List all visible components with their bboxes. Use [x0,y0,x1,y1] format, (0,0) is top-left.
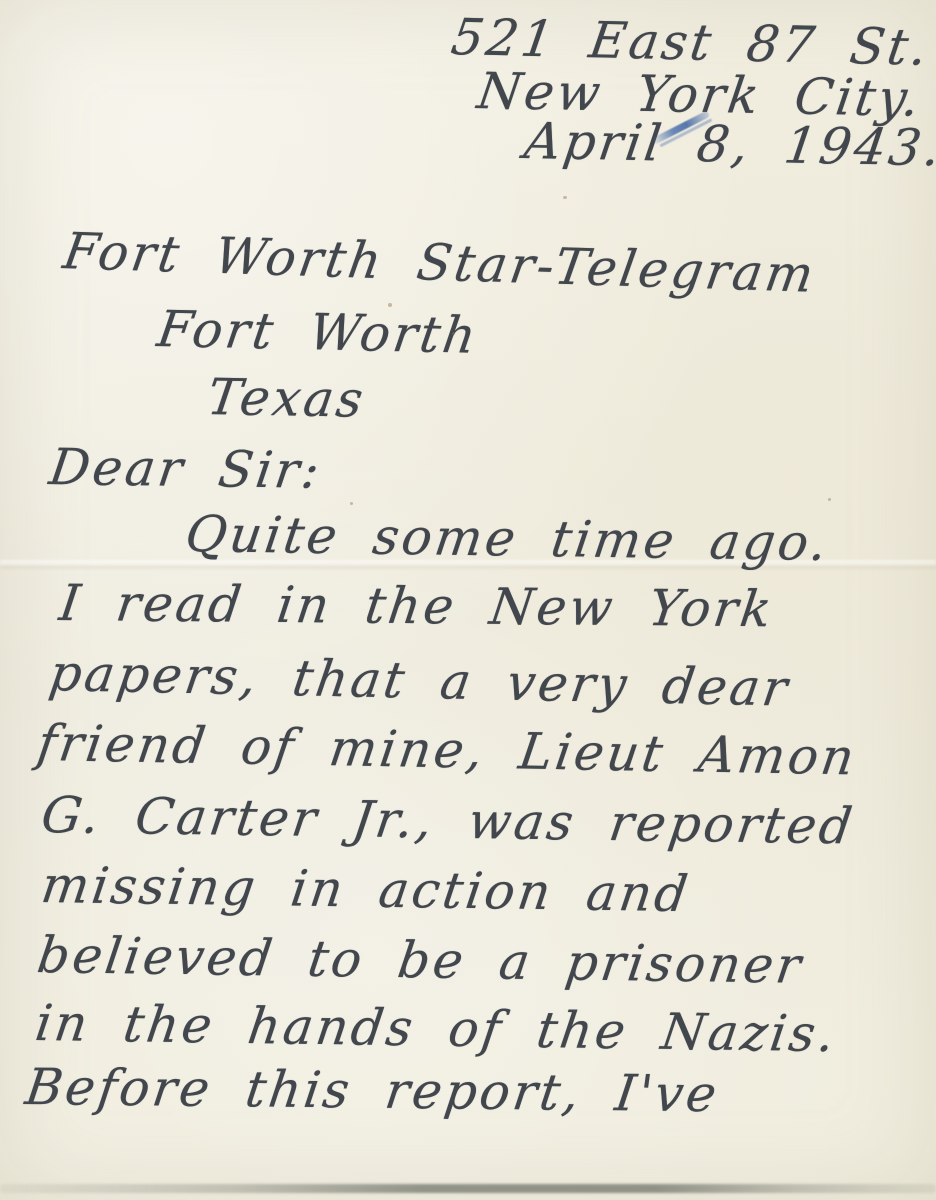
recipient-line-3: Texas [204,368,370,429]
body-line-2: I read in the New York [56,574,778,638]
body-line-8: in the hands of the Nazis. [32,994,841,1063]
recipient-line-1: Fort Worth Star-Telegram [60,222,821,304]
body-line-7: believed to be a prisoner [34,926,807,995]
body-line-3: papers, that a very dear [46,644,794,718]
body-line-1: Quite some time ago. [182,505,833,572]
date-line: April 8, 1943. [521,112,936,177]
paper-speck [452,332,455,335]
salutation: Dear Sir: [46,438,326,500]
paper-speck [828,498,831,501]
paper-speck [388,303,392,307]
body-line-6: missing in action and [38,856,694,923]
paper-speck [350,502,353,505]
recipient-line-2: Fort Worth [154,300,483,365]
page-bottom-edge [0,1184,936,1193]
body-line-9: Before this report, I've [22,1058,723,1123]
paper-speck [563,196,567,199]
body-line-5: G. Carter Jr., was reported [38,786,858,855]
body-line-4: friend of mine, Lieut Amon [34,714,861,786]
letter-page: 521 East 87 St. New York City. April 8, … [0,0,936,1200]
